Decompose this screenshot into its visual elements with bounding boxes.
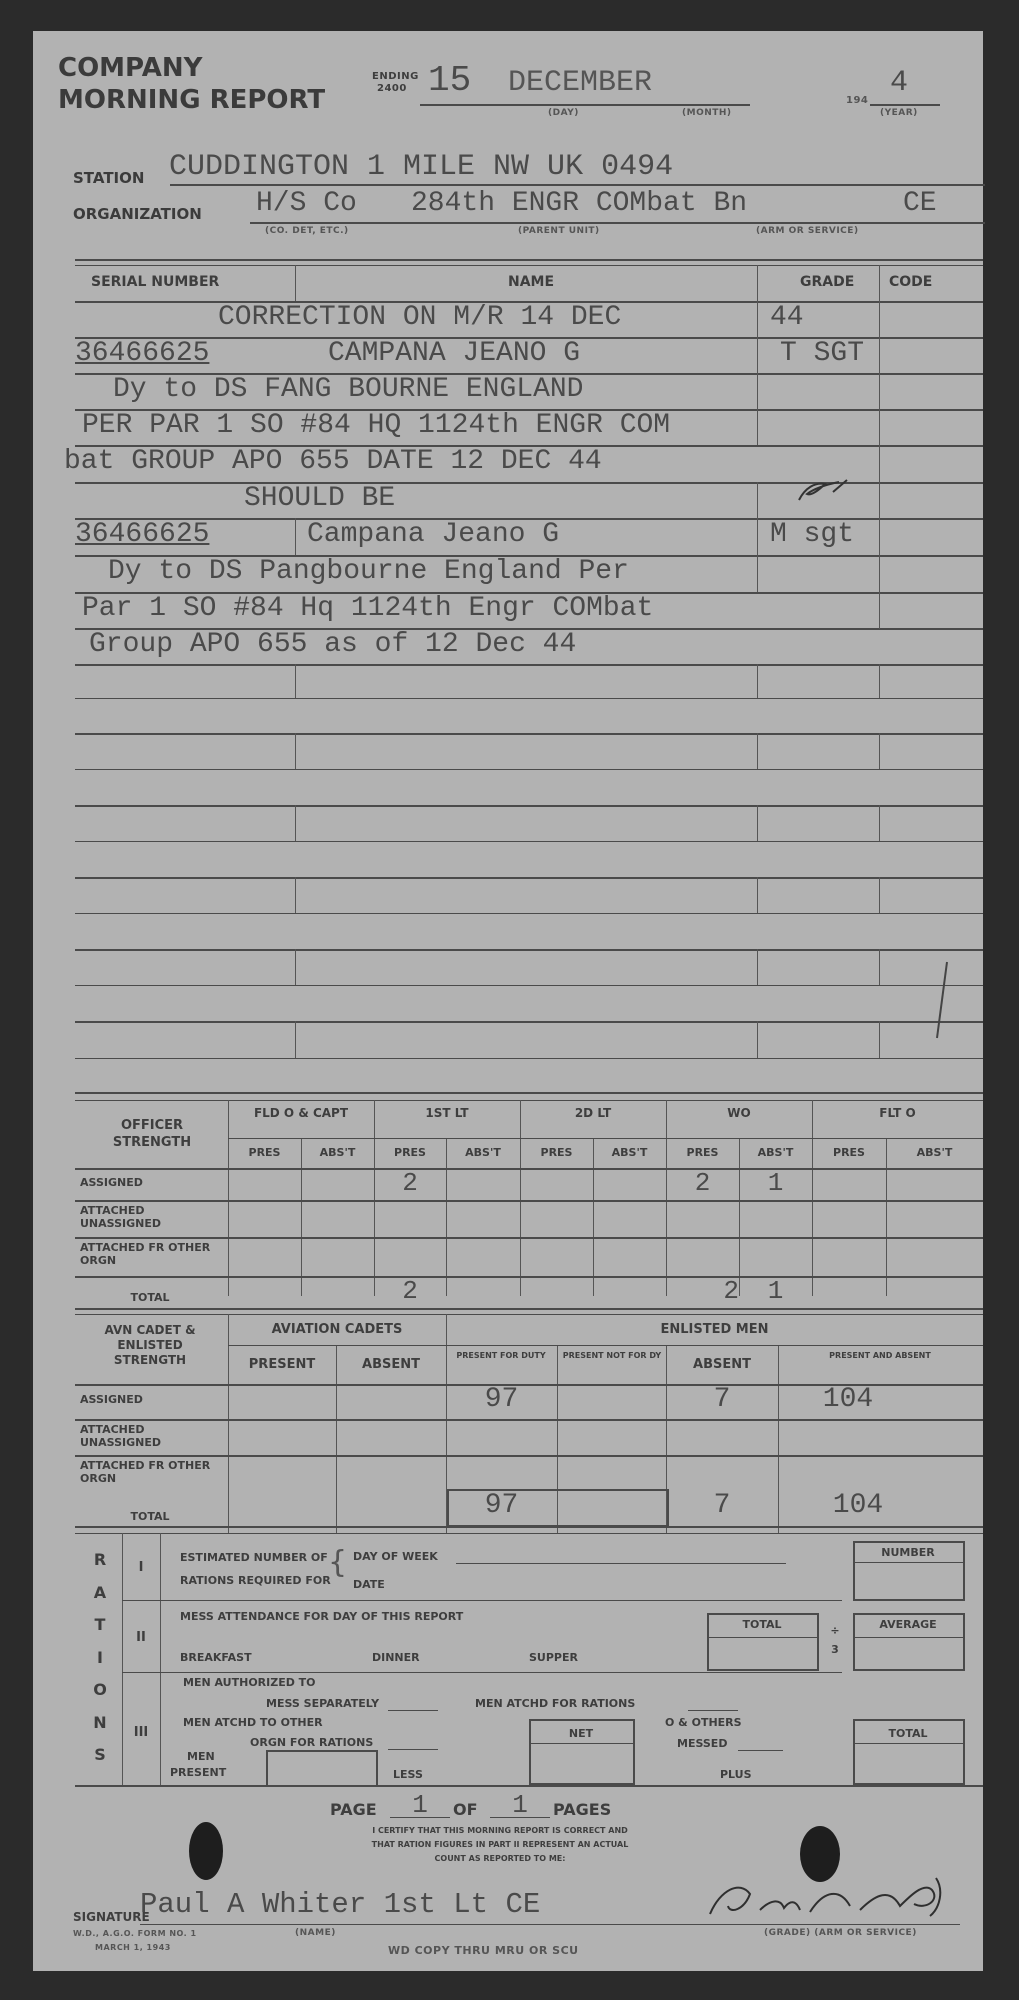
roster-line: Dy to DS Pangbourne England Per	[108, 556, 629, 587]
enlisted-col-header: PRESENT AND ABSENT	[820, 1349, 940, 1363]
roster-rule	[75, 733, 983, 735]
roster-rule	[75, 664, 983, 666]
enlisted-row-label: ATTACHED UNASSIGNED	[80, 1423, 220, 1449]
rations-letter: I	[85, 1642, 115, 1675]
officer-sub-header: ABS'T	[739, 1146, 812, 1159]
mess-separately-field[interactable]	[388, 1710, 438, 1711]
certification-line: THAT RATION FIGURES IN PART II REPRESENT…	[300, 1840, 700, 1849]
enlisted-col-header: ABSENT	[666, 1357, 778, 1372]
col-grade: GRADE	[800, 274, 854, 290]
roster-rule	[75, 698, 983, 699]
enlisted-col-divider	[336, 1345, 337, 1534]
station-label: STATION	[73, 169, 144, 187]
roster-top-rule	[75, 259, 983, 261]
signature-typed-name: Paul A Whiter 1st Lt CE	[140, 1888, 540, 1921]
rations-letter: N	[85, 1707, 115, 1740]
roster-line: Group APO 655 as of 12 Dec 44	[89, 629, 576, 660]
rations-letter: A	[85, 1577, 115, 1610]
col-serial-number: SERIAL NUMBER	[91, 274, 219, 290]
officer-cell-1st-lt-pres-assigned: 2	[374, 1168, 446, 1198]
roster-col-divider	[757, 949, 758, 985]
year-underline	[870, 104, 940, 106]
enlisted-row-label: ATTACHED FR OTHER ORGN	[80, 1459, 220, 1485]
org-arm: CE	[903, 188, 937, 219]
ending-label: ENDING	[372, 71, 419, 82]
ending-time: 2400	[377, 83, 407, 94]
roster-rule	[75, 949, 983, 951]
roster-line: Dy to DS FANG BOURNE ENGLAND	[113, 374, 583, 405]
day-of-week-field[interactable]	[456, 1563, 786, 1564]
officer-group-header: WO	[666, 1106, 812, 1120]
enlisted-subheader-rule	[228, 1345, 983, 1346]
roster-col-divider	[879, 877, 880, 913]
page-label: PAGE	[330, 1800, 377, 1819]
name-caption: (NAME)	[295, 1928, 336, 1938]
col-code: CODE	[889, 274, 932, 290]
report-year: 4	[890, 66, 908, 100]
roster-col-divider	[879, 949, 880, 985]
rations-letter: T	[85, 1609, 115, 1642]
co-caption: (CO. DET, ETC.)	[265, 226, 349, 236]
col-name: NAME	[508, 274, 554, 290]
report-month: DECEMBER	[508, 66, 652, 100]
less-label: LESS	[393, 1768, 423, 1781]
roster-rule	[75, 1092, 983, 1094]
roster-col-divider	[757, 1021, 758, 1058]
officer-sub-header: ABS'T	[593, 1146, 666, 1159]
roster-col-divider	[757, 805, 758, 841]
officer-col-divider	[374, 1100, 375, 1296]
roster-rule	[75, 805, 983, 807]
year-prefix: 194	[846, 95, 868, 106]
officer-sub-header: PRES	[228, 1146, 301, 1159]
men-label: MEN	[187, 1750, 215, 1763]
roster-col-divider	[757, 265, 758, 445]
officer-group-header: FLD O & CAPT	[228, 1106, 374, 1120]
enlisted-row-label: ASSIGNED	[80, 1393, 143, 1406]
mess-average-rule	[853, 1637, 963, 1638]
officer-col-divider	[446, 1138, 447, 1296]
officer-row-rule	[75, 1237, 983, 1239]
roster-col-divider	[879, 265, 880, 482]
enlisted-strength-title: AVN CADET & ENLISTED STRENGTH	[80, 1323, 220, 1368]
officer-group-header: FLT O	[812, 1106, 983, 1120]
officer-cell-1st-lt-pres-total: 2	[374, 1276, 446, 1306]
roster-col-divider	[295, 518, 296, 555]
officer-row-label: ATTACHED UNASSIGNED	[80, 1204, 220, 1230]
net-label: NET	[529, 1727, 633, 1740]
messed-label: MESSED	[677, 1737, 727, 1750]
total-pages: 1	[490, 1790, 550, 1820]
officer-col-divider	[739, 1138, 740, 1296]
officer-subheader-rule	[228, 1138, 983, 1139]
officer-row-label: ASSIGNED	[80, 1176, 143, 1189]
roster-col-divider	[295, 733, 296, 769]
roster-col-divider	[879, 482, 880, 629]
orgn-for-rations-label: ORGN FOR RATIONS	[250, 1736, 373, 1749]
officer-col-divider	[593, 1138, 594, 1296]
of-label: OF	[453, 1800, 478, 1819]
number-label: NUMBER	[853, 1546, 963, 1559]
rations-letter: S	[85, 1739, 115, 1772]
enlisted-row-rule	[75, 1533, 983, 1534]
rations-part-number: I	[122, 1560, 160, 1575]
officer-cell-wo-pres-total: 2	[666, 1276, 739, 1306]
roster-col-divider	[295, 265, 296, 301]
form-number: W.D., A.G.O. FORM NO. 1	[73, 1929, 197, 1938]
men-atchd-other-label: MEN ATCHD TO OTHER	[183, 1716, 323, 1729]
station-value: CUDDINGTON 1 MILE NW UK 0494	[169, 150, 673, 184]
roster-col-divider	[879, 664, 880, 698]
officer-group-header: 1ST LT	[374, 1106, 520, 1120]
part3-total-label: TOTAL	[853, 1727, 963, 1740]
roster-col-divider	[879, 1021, 880, 1058]
officer-cell-wo-abst-assigned: 1	[739, 1168, 812, 1198]
officer-cell-wo-pres-assigned: 2	[666, 1168, 739, 1198]
pages-label: PAGES	[553, 1800, 611, 1819]
plus-label: PLUS	[720, 1768, 752, 1781]
form-date: MARCH 1, 1943	[95, 1943, 171, 1952]
brace-icon: {	[328, 1545, 347, 1580]
men-authorized-label: MEN AUTHORIZED TO	[183, 1676, 316, 1689]
wax-seal-left	[189, 1822, 223, 1880]
enlisted-cell-absent-assigned: 7	[666, 1384, 778, 1415]
roster-rule	[75, 877, 983, 879]
rations-required-for-label: RATIONS REQUIRED FOR	[180, 1574, 331, 1587]
enlisted-col-header: PRESENT	[228, 1357, 336, 1372]
rations-est-number-label: ESTIMATED NUMBER OF	[180, 1551, 328, 1564]
day-caption: (DAY)	[548, 108, 579, 118]
enlisted-col-header: ABSENT	[336, 1357, 446, 1372]
roster-col-divider	[757, 482, 758, 592]
enlisted-col-header: PRESENT NOT FOR DY	[562, 1349, 662, 1363]
roster-rule	[75, 769, 983, 770]
form-title-line1: COMPANY	[58, 54, 202, 82]
report-day: 15	[428, 60, 471, 101]
roster-grade: T SGT	[780, 338, 864, 369]
roster-serial: 36466625	[75, 519, 209, 550]
rations-side-label: R A T I O N S	[85, 1544, 115, 1772]
rations-letter: O	[85, 1674, 115, 1707]
officer-col-divider	[228, 1100, 229, 1296]
station-underline	[170, 184, 985, 186]
form-title-line2: MORNING REPORT	[58, 86, 325, 114]
enlisted-cell-present-and-absent-total: 104	[778, 1490, 938, 1521]
officer-row-label: TOTAL	[80, 1291, 220, 1304]
rations-letter: R	[85, 1544, 115, 1577]
roster-col-divider	[757, 877, 758, 913]
officer-sub-header: ABS'T	[446, 1146, 520, 1159]
wd-copy-note: WD COPY THRU MRU OR SCU	[388, 1944, 579, 1957]
officer-sub-header: PRES	[520, 1146, 593, 1159]
officer-sub-header: PRES	[812, 1146, 886, 1159]
part3-total-rule	[853, 1743, 963, 1744]
officer-sub-header: ABS'T	[886, 1146, 983, 1159]
pencil-mark	[935, 960, 949, 1040]
roster-col-divider	[879, 805, 880, 841]
roster-grade: M sgt	[770, 519, 854, 550]
enlisted-men-header: ENLISTED MEN	[446, 1322, 983, 1337]
officer-row-rule	[75, 1200, 983, 1202]
org-company: H/S Co	[256, 188, 357, 219]
pages-underline	[490, 1817, 550, 1818]
roster-rule	[75, 913, 983, 914]
roster-col-divider	[757, 664, 758, 698]
dinner-label: DINNER	[372, 1651, 420, 1664]
grade-arm-caption: (GRADE) (ARM OR SERVICE)	[764, 1928, 917, 1938]
certification-line: I CERTIFY THAT THIS MORNING REPORT IS CO…	[300, 1826, 700, 1835]
officer-sub-header: PRES	[666, 1146, 739, 1159]
officer-group-header: 2D LT	[520, 1106, 666, 1120]
parent-caption: (PARENT UNIT)	[518, 226, 600, 236]
roster-rule	[75, 841, 983, 842]
officer-row-rule	[75, 1314, 983, 1315]
page-underline	[390, 1817, 450, 1818]
roster-col-divider	[295, 805, 296, 841]
roster-top-rule-inner	[75, 265, 983, 266]
rations-part-rule	[122, 1600, 842, 1601]
roster-col-divider	[295, 877, 296, 913]
present-label: PRESENT	[170, 1766, 226, 1779]
roster-name: Campana Jeano G	[307, 519, 559, 550]
roster-col-divider	[295, 949, 296, 985]
divide-sign: ÷	[817, 1624, 853, 1637]
org-parent-unit: 284th ENGR COMbat Bn	[411, 188, 747, 219]
roster-line: PER PAR 1 SO #84 HQ 1124th ENGR COM	[82, 410, 670, 441]
men-present-box[interactable]	[266, 1750, 378, 1787]
supper-label: SUPPER	[529, 1651, 578, 1664]
o-others-label: O & OTHERS	[665, 1716, 742, 1729]
org-underline	[250, 222, 985, 224]
date-label: DATE	[353, 1578, 385, 1591]
net-rule	[529, 1743, 633, 1744]
officer-row-label: ATTACHED FR OTHER ORGN	[80, 1241, 220, 1267]
mess-total-rule	[707, 1637, 817, 1638]
enlisted-cell-present-for-duty-assigned: 97	[446, 1384, 557, 1415]
arm-caption: (ARM OR SERVICE)	[756, 226, 859, 236]
enlisted-cell-present-for-duty-total: 97	[446, 1490, 557, 1521]
enlisted-cell-present-and-absent-assigned: 104	[778, 1384, 918, 1415]
initials-annotation	[795, 478, 855, 504]
mess-average-label: AVERAGE	[853, 1618, 963, 1631]
roster-rule	[75, 1058, 983, 1059]
aviation-cadets-header: AVIATION CADETS	[228, 1322, 446, 1337]
signature-label: SIGNATURE	[73, 1910, 150, 1924]
roster-col-divider	[757, 733, 758, 769]
officer-strength-title: OFFICER STRENGTH	[82, 1117, 222, 1151]
messed-field[interactable]	[738, 1750, 783, 1751]
year-caption: (YEAR)	[880, 108, 918, 118]
date-underline	[420, 104, 750, 106]
mess-total-label: TOTAL	[707, 1618, 817, 1631]
officer-row-rule	[75, 1308, 983, 1310]
roster-rule	[75, 1100, 983, 1101]
roster-serial: 36466625	[75, 338, 209, 369]
mess-attendance-label: MESS ATTENDANCE FOR DAY OF THIS REPORT	[180, 1610, 463, 1623]
roster-col-divider	[879, 733, 880, 769]
roster-grade: 44	[770, 302, 804, 333]
officer-col-divider	[666, 1100, 667, 1296]
officer-col-divider	[520, 1100, 521, 1296]
enlisted-col-divider	[228, 1314, 229, 1534]
roster-line: CORRECTION ON M/R 14 DEC	[218, 302, 621, 333]
officer-row-rule	[75, 1168, 983, 1170]
organization-label: ORGANIZATION	[73, 205, 202, 223]
roster-name: CAMPANA JEANO G	[328, 338, 580, 369]
enlisted-col-header: PRESENT FOR DUTY	[451, 1349, 551, 1363]
roster-rule	[75, 1021, 983, 1023]
rations-part-rule	[122, 1672, 842, 1673]
men-atchd-rations-field[interactable]	[688, 1710, 738, 1711]
orgn-for-rations-field[interactable]	[388, 1749, 438, 1750]
rations-part-number: II	[122, 1630, 160, 1645]
page-number: 1	[390, 1790, 450, 1820]
officer-col-divider	[812, 1100, 813, 1296]
officer-col-divider	[886, 1138, 887, 1296]
officer-col-divider	[301, 1138, 302, 1296]
officer-sub-header: PRES	[374, 1146, 446, 1159]
enlisted-cell-absent-total: 7	[666, 1490, 778, 1521]
men-atchd-rations-label: MEN ATCHD FOR RATIONS	[475, 1697, 635, 1710]
roster-line: bat GROUP APO 655 DATE 12 DEC 44	[64, 446, 602, 477]
breakfast-label: BREAKFAST	[180, 1651, 252, 1664]
certification-line: COUNT AS REPORTED TO ME:	[300, 1854, 700, 1863]
officer-row-rule	[75, 1276, 983, 1278]
officer-sub-header: ABS'T	[301, 1146, 374, 1159]
roster-line: Par 1 SO #84 Hq 1124th Engr COMbat	[82, 593, 653, 624]
rations-col-divider	[160, 1533, 161, 1785]
enlisted-row-rule	[75, 1455, 983, 1457]
roster-line: SHOULD BE	[244, 483, 395, 514]
day-of-week-label: DAY OF WEEK	[353, 1550, 438, 1563]
roster-col-divider	[295, 664, 296, 698]
roster-col-divider	[295, 1021, 296, 1058]
enlisted-row-label: TOTAL	[80, 1510, 220, 1523]
handwritten-signature	[700, 1870, 960, 1926]
mess-separately-label: MESS SEPARATELY	[266, 1697, 379, 1710]
enlisted-row-rule	[75, 1419, 983, 1421]
officer-cell-wo-abst-total: 1	[739, 1276, 812, 1306]
month-caption: (MONTH)	[682, 108, 732, 118]
rations-bottom-rule	[75, 1785, 983, 1787]
rations-part-number: III	[122, 1725, 160, 1740]
ration-number-rule	[853, 1562, 963, 1563]
roster-rule	[75, 985, 983, 986]
divide-by-three: 3	[817, 1643, 853, 1656]
